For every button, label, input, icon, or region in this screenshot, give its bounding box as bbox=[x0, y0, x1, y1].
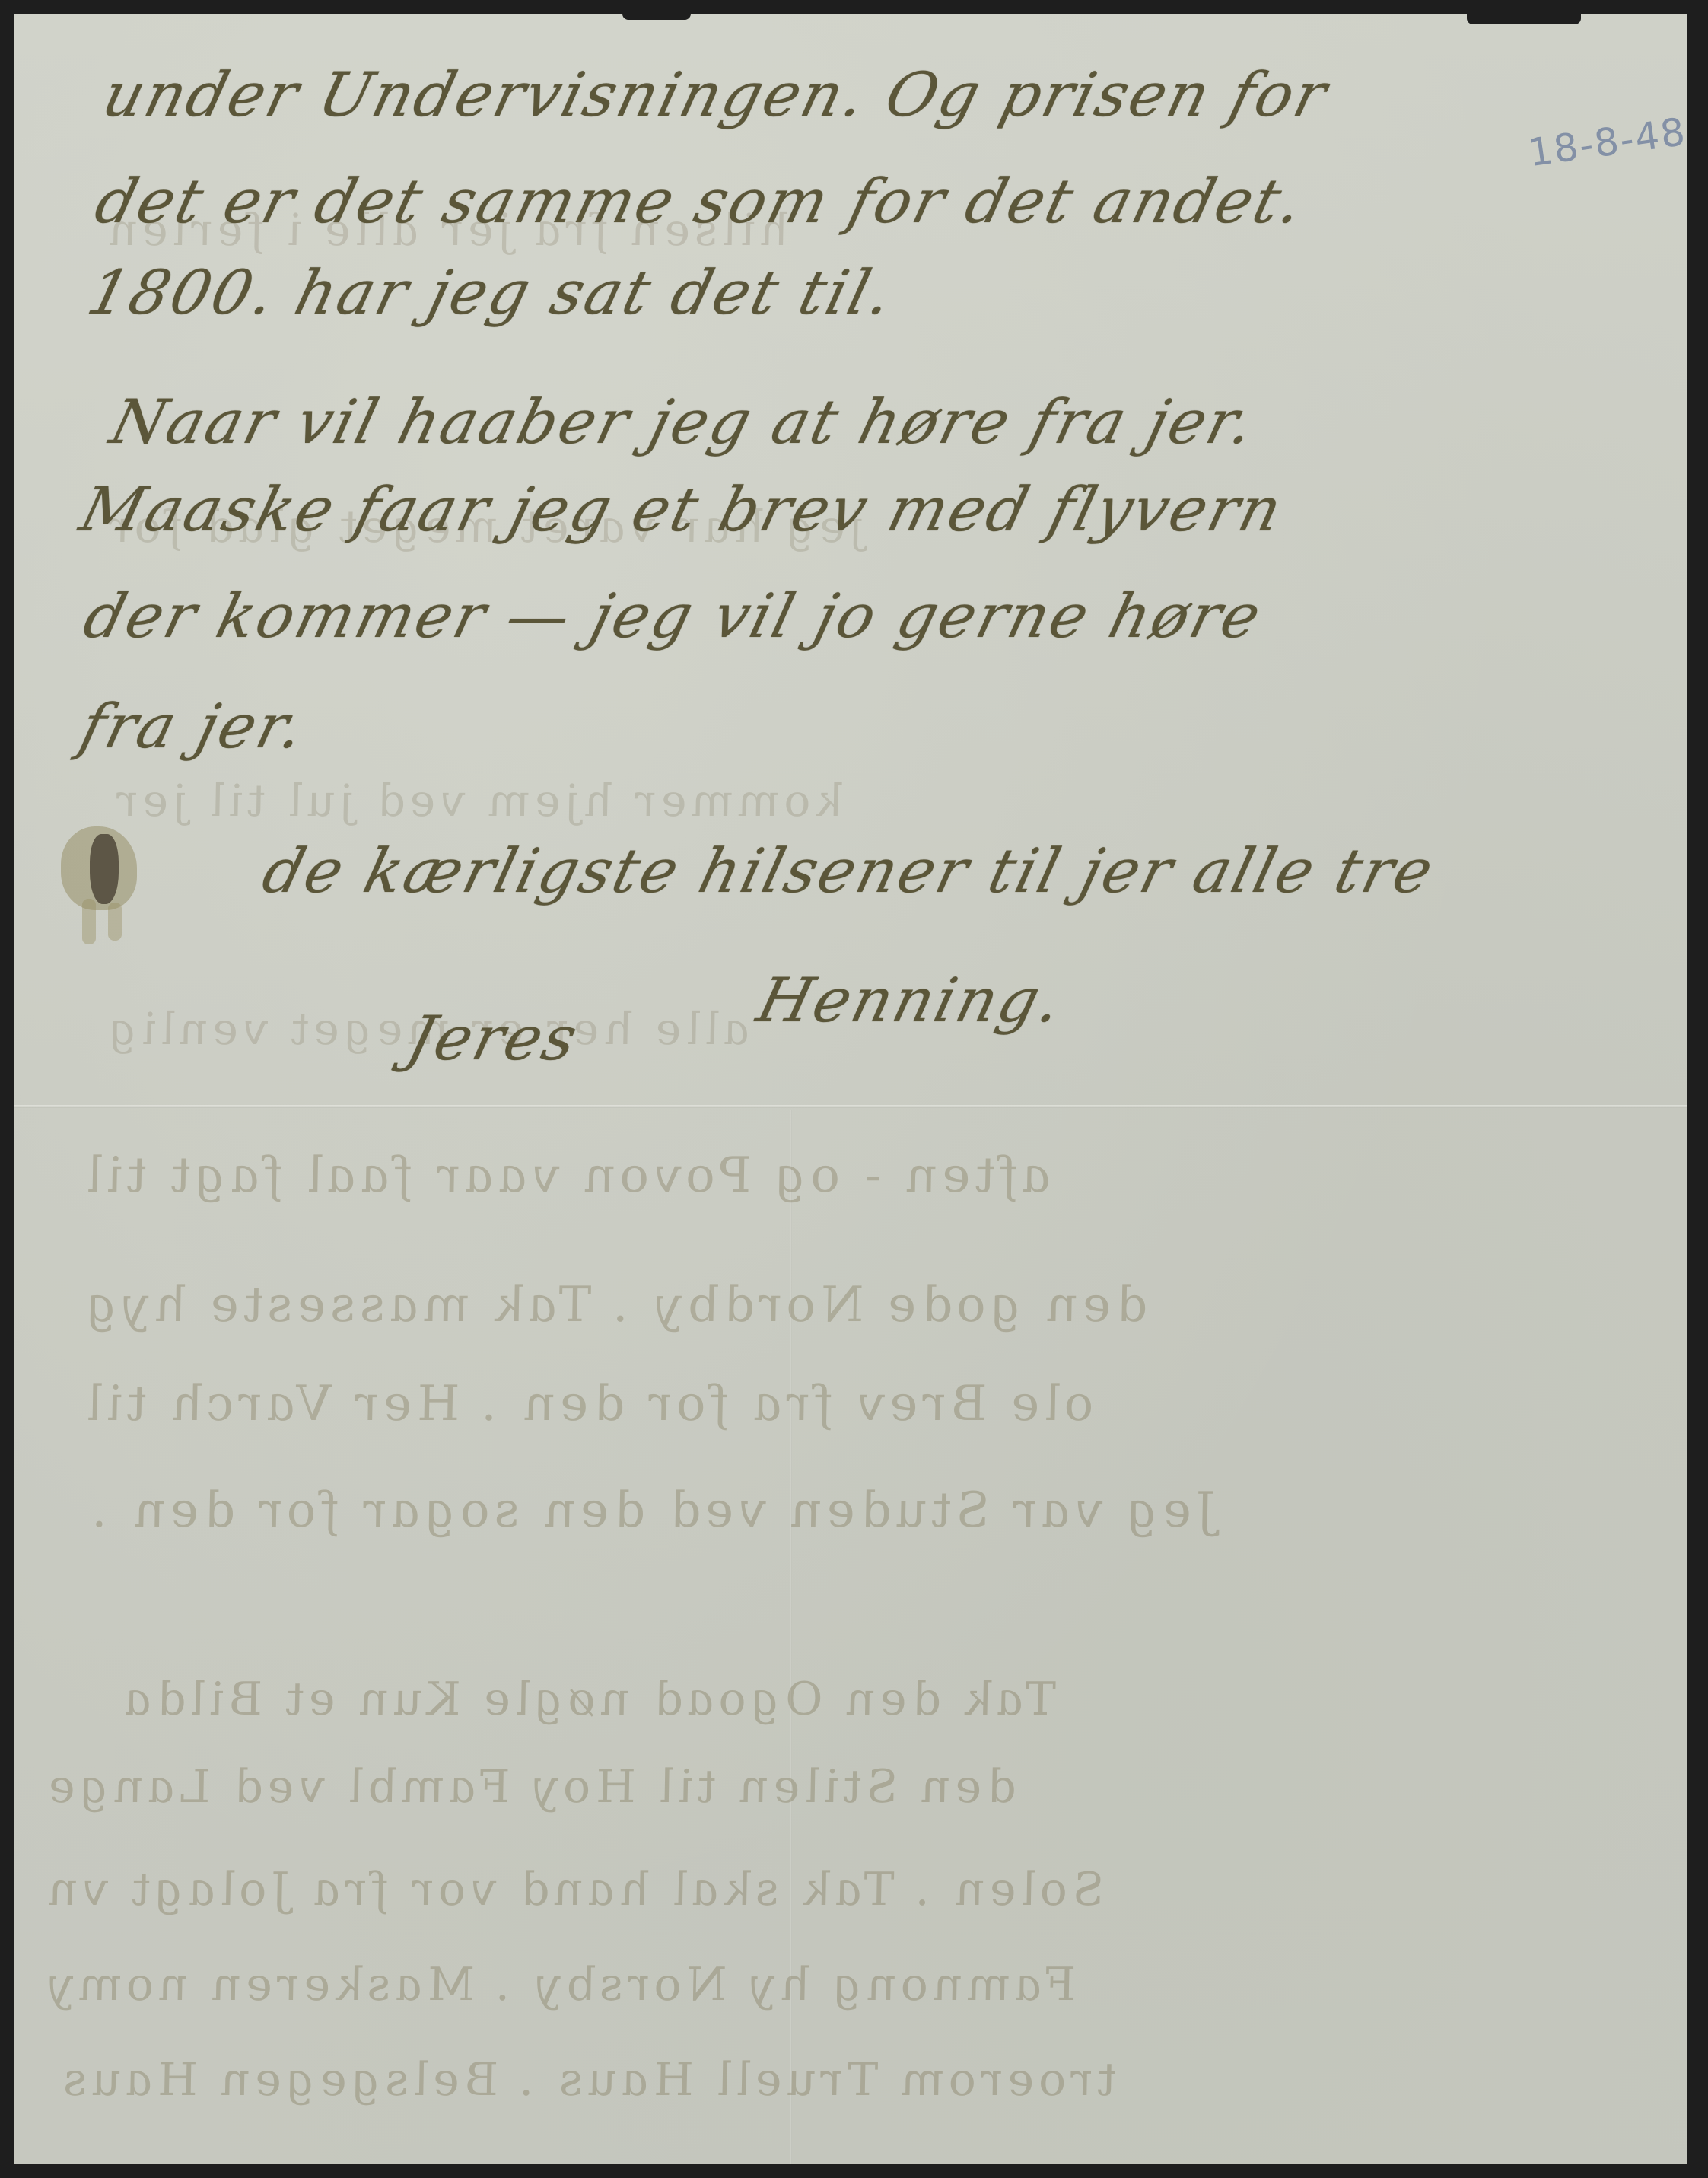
bleed-through-line: Famnong hy Norsby . Maskeren nomy bbox=[39, 1958, 1082, 2011]
bleed-through-line: Tak den Ogoad nøgle Kun et Bilda bbox=[115, 1673, 1061, 1726]
letter-closing: de kærligste hilsener til jer alle tre bbox=[256, 836, 1442, 906]
letter-line: der kommer — jeg vil jo gerne høre bbox=[77, 581, 1270, 651]
bleed-through-line: Jeg var Studen ved den sogar for den . bbox=[84, 1482, 1222, 1539]
ink-stain bbox=[61, 826, 145, 941]
signature-name: Henning. bbox=[750, 965, 1070, 1036]
bleed-through-line: den Stilen til Hoy Fambl ved Lange bbox=[39, 1760, 1022, 1813]
bleed-through-line: kommer hjem ved jul til jer bbox=[107, 775, 848, 826]
letter-line: fra jer. bbox=[73, 691, 313, 762]
archive-date-annotation: 18-8-48 bbox=[1525, 110, 1687, 176]
letter-page: aften - og Povon vaar faal fagt til den … bbox=[14, 14, 1687, 2164]
vertical-fold-crease bbox=[790, 1110, 792, 2164]
bleed-through-line: aften - og Povon vaar faal fagt til bbox=[76, 1148, 1058, 1204]
bleed-through-line: den gode Nordby . Tak masseste hyg bbox=[76, 1277, 1153, 1333]
bleed-through-line: troerom Truell Haus . Belsgegen Haus bbox=[54, 2053, 1122, 2106]
letter-line: Naar vil haaber jeg at høre fra jer. bbox=[103, 387, 1263, 457]
signature-prefix: Jeres bbox=[400, 1003, 586, 1074]
letter-line: 1800. har jeg sat det til. bbox=[81, 257, 902, 328]
torn-edge-notch bbox=[622, 14, 691, 20]
letter-line: det er det samme som for det andet. bbox=[88, 166, 1312, 237]
bleed-through-line: Solen . Tak skal hand vor fra Jolagt vn bbox=[39, 1863, 1110, 1916]
letter-line: under Undervisningen. Og prisen for bbox=[96, 59, 1335, 130]
torn-edge-notch bbox=[1467, 14, 1581, 24]
bleed-through-line: ole Brev fra for den . Her Varch til bbox=[76, 1376, 1100, 1432]
letter-line: Maaske faar jeg et brev med flyvern bbox=[73, 474, 1290, 545]
scan-background: aften - og Povon vaar faal fagt til den … bbox=[0, 0, 1708, 2178]
horizontal-fold-crease bbox=[14, 1105, 1687, 1108]
